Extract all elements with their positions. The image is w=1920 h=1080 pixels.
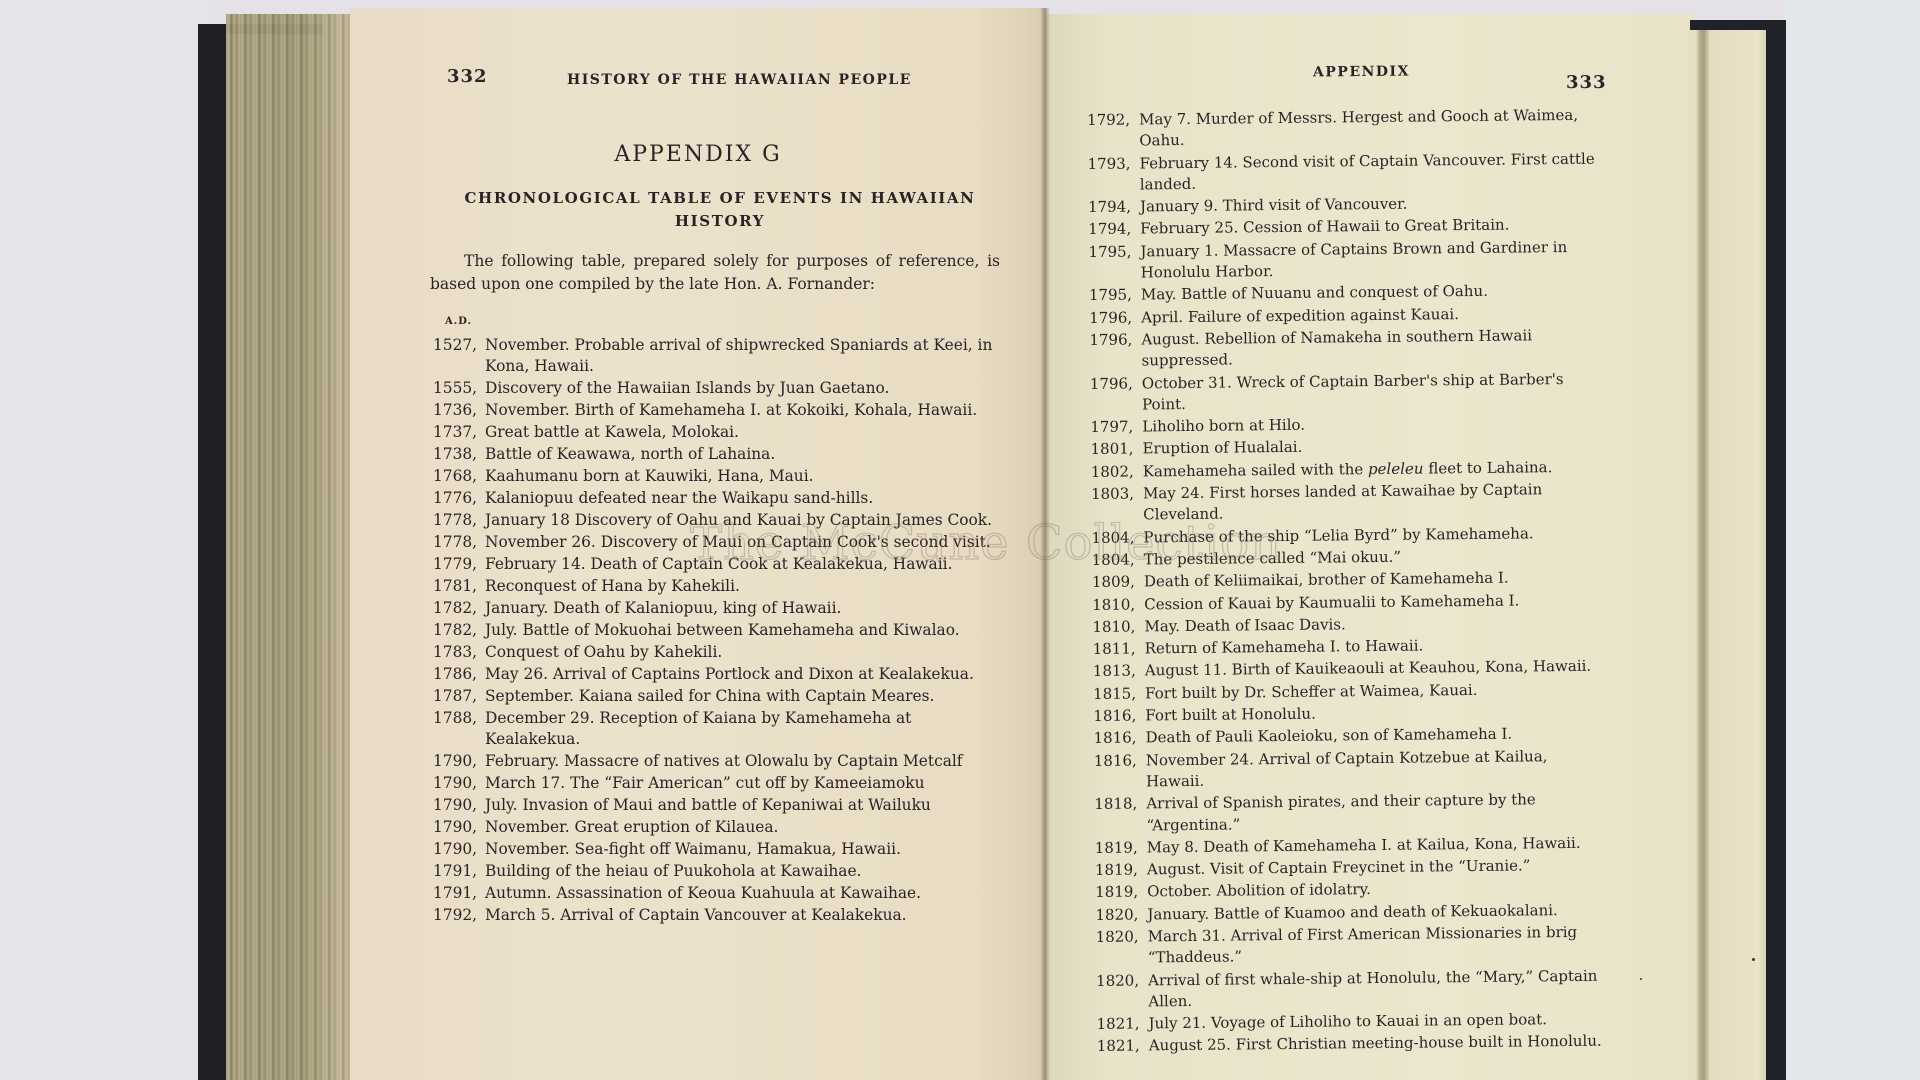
event-entry: 1737,Great battle at Kawela, Molokai. [433, 422, 995, 443]
event-year: 1790, [433, 773, 477, 794]
event-description: Conquest of Oahu by Kahekili. [485, 642, 995, 663]
left-page-number: 332 [447, 66, 488, 87]
event-year: 1782, [433, 598, 477, 619]
event-entry: 1788,December 29. Reception of Kaiana by… [433, 708, 995, 750]
book-cover-left [198, 26, 226, 1080]
event-year: 1737, [433, 422, 477, 443]
watermark: The McCune Collection [690, 515, 1282, 571]
event-year: 1821, [1097, 1036, 1140, 1058]
event-year: 1816, [1093, 706, 1136, 728]
event-year: 1794, [1088, 197, 1131, 219]
event-year: 1811, [1093, 639, 1136, 661]
event-description: July. Battle of Mokuohai between Kameham… [485, 620, 995, 641]
event-year: 1790, [433, 839, 477, 860]
event-entry: 1790,March 17. The “Fair American” cut o… [433, 773, 995, 794]
event-description: May 7. Murder of Messrs. Hergest and Goo… [1139, 105, 1602, 152]
event-year: 1790, [433, 795, 477, 816]
event-entry: 1796,October 31. Wreck of Captain Barber… [1090, 368, 1605, 416]
event-entry: 1787,September. Kaiana sailed for China … [433, 686, 995, 707]
event-year: 1813, [1093, 661, 1136, 683]
event-year: 1820, [1096, 926, 1139, 948]
right-event-list: 1792,May 7. Murder of Messrs. Hergest an… [1087, 105, 1612, 1059]
event-year: 1776, [433, 488, 477, 509]
event-description: March 5. Arrival of Captain Vancouver at… [485, 905, 995, 926]
event-year: 1815, [1093, 683, 1136, 705]
event-description: Building of the heiau of Puukohola at Ka… [485, 861, 995, 882]
event-year: 1790, [433, 817, 477, 838]
event-description: July. Invasion of Maui and battle of Kep… [485, 795, 995, 816]
event-description: January 1. Massacre of Captains Brown an… [1140, 236, 1603, 283]
event-description: Discovery of the Hawaiian Islands by Jua… [485, 378, 995, 399]
event-description: Kalaniopuu defeated near the Waikapu san… [485, 488, 995, 509]
event-year: 1802, [1091, 461, 1134, 483]
event-year: 1786, [433, 664, 477, 685]
page-stack-left-shade [226, 14, 352, 1080]
event-description: Battle of Keawawa, north of Lahaina. [485, 444, 995, 465]
event-entry: 1776,Kalaniopuu defeated near the Waikap… [433, 488, 995, 509]
event-entry: 1818,Arrival of Spanish pirates, and the… [1094, 789, 1609, 837]
event-year: 1820, [1096, 970, 1139, 992]
event-year: 1795, [1089, 285, 1132, 307]
intro-paragraph: The following table, prepared solely for… [430, 250, 1000, 296]
event-entry: 1792,May 7. Murder of Messrs. Hergest an… [1087, 105, 1602, 153]
event-entry: 1527,November. Probable arrival of shipw… [433, 335, 995, 377]
event-year: 1819, [1095, 837, 1138, 859]
event-year: 1783, [433, 642, 477, 663]
event-year: 1527, [433, 335, 477, 356]
event-year: 1768, [433, 466, 477, 487]
event-year: 1797, [1090, 417, 1133, 439]
event-description: Arrival of first whale-ship at Honolulu,… [1148, 965, 1611, 1012]
event-description: Autumn. Assassination of Keoua Kuahuula … [485, 883, 995, 904]
event-entry: 1782,July. Battle of Mokuohai between Ka… [433, 620, 995, 641]
event-entry: 1790,February. Massacre of natives at Ol… [433, 751, 995, 772]
event-year: 1793, [1087, 153, 1130, 175]
event-entry: 1790,November. Sea-fight off Waimanu, Ha… [433, 839, 995, 860]
paper-speck [1752, 958, 1755, 961]
right-page-number: 333 [1566, 72, 1607, 93]
event-description: November. Sea-fight off Waimanu, Hamakua… [485, 839, 995, 860]
italic-term: peleleu [1368, 459, 1424, 478]
event-description: Reconquest of Hana by Kahekili. [485, 576, 995, 597]
event-entry: 1791,Building of the heiau of Puukohola … [433, 861, 995, 882]
event-description: February 14. Second visit of Captain Van… [1139, 148, 1602, 195]
event-year: 1796, [1090, 373, 1133, 395]
event-description: Arrival of Spanish pirates, and their ca… [1146, 789, 1609, 836]
event-year: 1555, [433, 378, 477, 399]
event-entry: 1783,Conquest of Oahu by Kahekili. [433, 642, 995, 663]
event-entry: 1781,Reconquest of Hana by Kahekili. [433, 576, 995, 597]
event-description: December 29. Reception of Kaiana by Kame… [485, 708, 995, 750]
event-year: 1736, [433, 400, 477, 421]
event-entry: 1768,Kaahumanu born at Kauwiki, Hana, Ma… [433, 466, 995, 487]
event-year: 1738, [433, 444, 477, 465]
event-year: 1778, [433, 510, 477, 531]
event-year: 1791, [433, 883, 477, 904]
event-entry: 1790,July. Invasion of Maui and battle o… [433, 795, 995, 816]
event-description: January. Death of Kalaniopuu, king of Ha… [485, 598, 995, 619]
event-year: 1779, [433, 554, 477, 575]
event-entry: 1820,Arrival of first whale-ship at Hono… [1096, 965, 1611, 1013]
event-year: 1816, [1094, 750, 1137, 772]
appendix-title: APPENDIX G [350, 142, 1046, 167]
background-right [1785, 0, 1920, 1080]
event-year: 1778, [433, 532, 477, 553]
table-subtitle: CHRONOLOGICAL TABLE OF EVENTS IN HAWAIIA… [440, 187, 1000, 233]
event-entry: 1736,November. Birth of Kamehameha I. at… [433, 400, 995, 421]
event-year: 1801, [1090, 439, 1133, 461]
event-year: 1792, [433, 905, 477, 926]
event-year: 1787, [433, 686, 477, 707]
left-event-list: 1527,November. Probable arrival of shipw… [433, 335, 995, 927]
event-entry: 1782,January. Death of Kalaniopuu, king … [433, 598, 995, 619]
event-year: 1820, [1095, 904, 1138, 926]
event-year: 1803, [1091, 484, 1134, 506]
paper-speck [1640, 978, 1642, 980]
page-stack-right [1688, 22, 1768, 1080]
event-entry: 1816,November 24. Arrival of Captain Kot… [1094, 745, 1609, 793]
event-description: November. Probable arrival of shipwrecke… [485, 335, 995, 377]
event-description: November. Birth of Kamehameha I. at Koko… [485, 400, 995, 421]
event-entry: 1820,March 31. Arrival of First American… [1096, 922, 1611, 970]
event-year: 1810, [1092, 616, 1135, 638]
event-year: 1792, [1087, 110, 1130, 132]
event-entry: 1790,November. Great eruption of Kilauea… [433, 817, 995, 838]
event-description: February. Massacre of natives at Olowalu… [485, 751, 995, 772]
event-entry: 1796,August. Rebellion of Namakeha in so… [1089, 325, 1604, 373]
event-year: 1791, [433, 861, 477, 882]
event-entry: 1795,January 1. Massacre of Captains Bro… [1088, 236, 1603, 284]
event-year: 1796, [1089, 307, 1132, 329]
event-description: November 24. Arrival of Captain Kotzebue… [1146, 745, 1609, 792]
event-year: 1821, [1096, 1014, 1139, 1036]
event-description: Great battle at Kawela, Molokai. [485, 422, 995, 443]
event-description: August. Rebellion of Namakeha in souther… [1141, 325, 1604, 372]
event-description: October 31. Wreck of Captain Barber's sh… [1142, 368, 1605, 415]
event-year: 1781, [433, 576, 477, 597]
event-entry: 1821,August 25. First Christian meeting-… [1097, 1031, 1612, 1058]
event-year: 1818, [1094, 794, 1137, 816]
event-description: May 26. Arrival of Captains Portlock and… [485, 664, 995, 685]
event-description: Kaahumanu born at Kauwiki, Hana, Maui. [485, 466, 995, 487]
event-entry: 1786,May 26. Arrival of Captains Portloc… [433, 664, 995, 685]
book-cover-right [1766, 20, 1786, 1080]
event-entry: 1791,Autumn. Assassination of Keoua Kuah… [433, 883, 995, 904]
event-year: 1794, [1088, 219, 1131, 241]
event-description: March 31. Arrival of First American Miss… [1148, 922, 1611, 969]
right-running-head: APPENDIX [1313, 64, 1410, 81]
event-entry: 1793,February 14. Second visit of Captai… [1087, 148, 1602, 196]
event-entry: 1792,March 5. Arrival of Captain Vancouv… [433, 905, 995, 926]
event-description: November. Great eruption of Kilauea. [485, 817, 995, 838]
event-year: 1809, [1092, 572, 1135, 594]
event-year: 1782, [433, 620, 477, 641]
event-year: 1816, [1093, 728, 1136, 750]
event-year: 1795, [1088, 241, 1131, 263]
event-description: September. Kaiana sailed for China with … [485, 686, 995, 707]
event-description: August 25. First Christian meeting-house… [1149, 1031, 1612, 1057]
event-year: 1790, [433, 751, 477, 772]
left-running-head: HISTORY OF THE HAWAIIAN PEOPLE [567, 72, 912, 88]
event-year: 1788, [433, 708, 477, 729]
event-year: 1810, [1092, 594, 1135, 616]
event-year: 1819, [1095, 860, 1138, 882]
event-year: 1796, [1089, 330, 1132, 352]
event-year: 1819, [1095, 882, 1138, 904]
event-description: March 17. The “Fair American” cut off by… [485, 773, 995, 794]
event-entry: 1738,Battle of Keawawa, north of Lahaina… [433, 444, 995, 465]
event-entry: 1555,Discovery of the Hawaiian Islands b… [433, 378, 995, 399]
background-left [0, 0, 210, 1080]
era-label: A.D. [445, 316, 472, 327]
